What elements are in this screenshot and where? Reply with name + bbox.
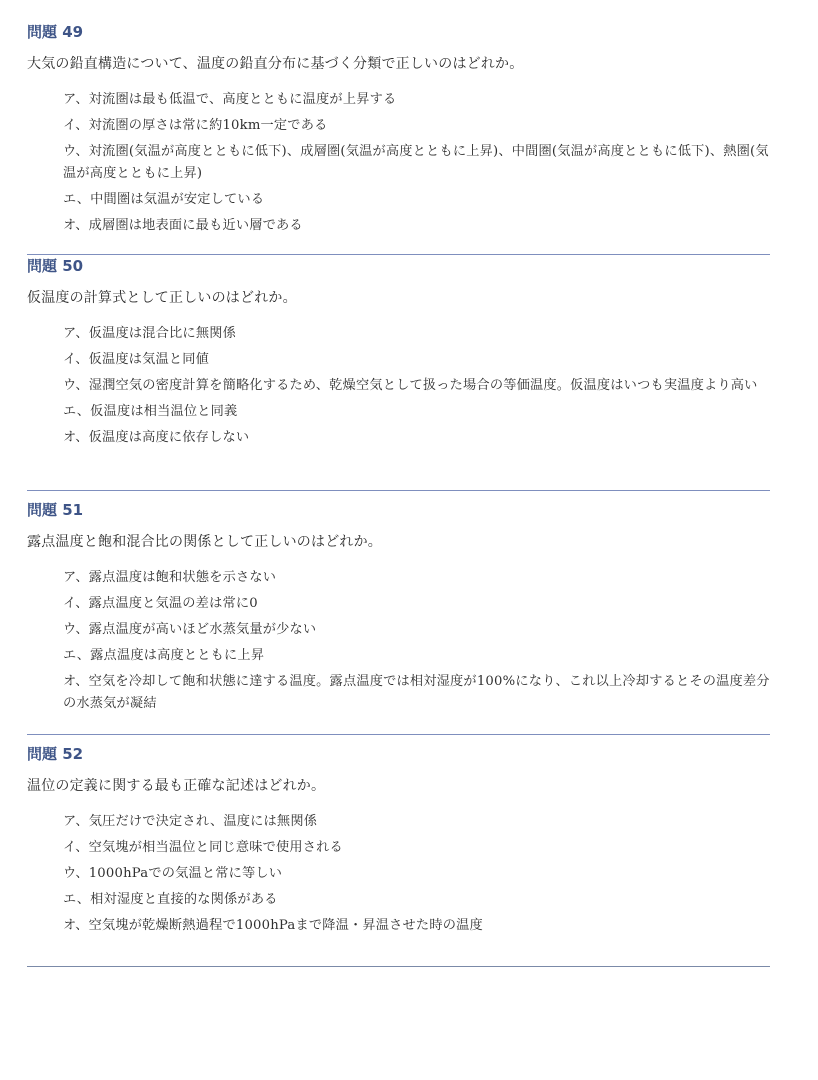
question-51: 問題 51 露点温度と飽和混合比の関係として正しいのはどれか。 ア、露点温度は飽… <box>27 500 770 744</box>
question-title: 問題 49 <box>27 22 770 42</box>
option-e: エ、中間圏は気温が安定している <box>63 188 770 212</box>
option-list: ア、気圧だけで決定され、温度には無関係 イ、空気塊が相当温位と同じ意味で使用され… <box>27 810 770 938</box>
option-list: ア、露点温度は飽和状態を示さない イ、露点温度と気温の差は常に0 ウ、露点温度が… <box>27 566 770 716</box>
option-e: エ、相対湿度と直接的な関係がある <box>63 888 770 912</box>
option-list: ア、仮温度は混合比に無関係 イ、仮温度は気温と同値 ウ、湿潤空気の密度計算を簡略… <box>27 322 770 450</box>
option-i: イ、空気塊が相当温位と同じ意味で使用される <box>63 836 770 860</box>
option-o: オ、空気を冷却して飽和状態に達する温度。露点温度では相対湿度が100%になり、こ… <box>63 670 770 716</box>
question-stem: 大気の鉛直構造について、温度の鉛直分布に基づく分類で正しいのはどれか。 <box>27 54 770 74</box>
question-52: 問題 52 温位の定義に関する最も正確な記述はどれか。 ア、気圧だけで決定され、… <box>27 744 770 968</box>
option-u: ウ、対流圏(気温が高度とともに低下)、成層圏(気温が高度とともに上昇)、中間圏(… <box>27 140 770 186</box>
section-divider <box>27 734 770 735</box>
option-i: イ、露点温度と気温の差は常に0 <box>63 592 770 616</box>
option-e: エ、仮温度は相当温位と同義 <box>63 400 770 424</box>
question-stem: 露点温度と飽和混合比の関係として正しいのはどれか。 <box>27 532 770 552</box>
question-49: 問題 49 大気の鉛直構造について、温度の鉛直分布に基づく分類で正しいのはどれか… <box>27 22 770 256</box>
question-title: 問題 50 <box>27 256 770 276</box>
option-o: オ、成層圏は地表面に最も近い層である <box>63 214 770 238</box>
section-divider <box>27 254 770 255</box>
section-divider <box>27 490 770 491</box>
question-50: 問題 50 仮温度の計算式として正しいのはどれか。 ア、仮温度は混合比に無関係 … <box>27 256 770 500</box>
question-stem: 仮温度の計算式として正しいのはどれか。 <box>27 288 770 308</box>
option-i: イ、対流圏の厚さは常に約10km一定である <box>63 114 770 138</box>
option-a: ア、露点温度は飽和状態を示さない <box>63 566 770 590</box>
option-u: ウ、湿潤空気の密度計算を簡略化するため、乾燥空気として扱った場合の等価温度。仮温… <box>63 374 770 398</box>
question-list: 問題 49 大気の鉛直構造について、温度の鉛直分布に基づく分類で正しいのはどれか… <box>27 22 770 968</box>
option-o: オ、仮温度は高度に依存しない <box>63 426 770 450</box>
question-stem: 温位の定義に関する最も正確な記述はどれか。 <box>27 776 770 796</box>
option-o: オ、空気塊が乾燥断熱過程で1000hPaまで降温・昇温させた時の温度 <box>63 914 770 938</box>
option-e: エ、露点温度は高度とともに上昇 <box>63 644 770 668</box>
question-title: 問題 52 <box>27 744 770 764</box>
option-a: ア、気圧だけで決定され、温度には無関係 <box>63 810 770 834</box>
option-a: ア、対流圏は最も低温で、高度とともに温度が上昇する <box>63 88 770 112</box>
option-list: ア、対流圏は最も低温で、高度とともに温度が上昇する イ、対流圏の厚さは常に約10… <box>27 88 770 238</box>
option-i: イ、仮温度は気温と同値 <box>63 348 770 372</box>
option-u: ウ、1000hPaでの気温と常に等しい <box>63 862 770 886</box>
question-title: 問題 51 <box>27 500 770 520</box>
option-a: ア、仮温度は混合比に無関係 <box>63 322 770 346</box>
section-divider <box>27 966 770 967</box>
option-u: ウ、露点温度が高いほど水蒸気量が少ない <box>63 618 770 642</box>
